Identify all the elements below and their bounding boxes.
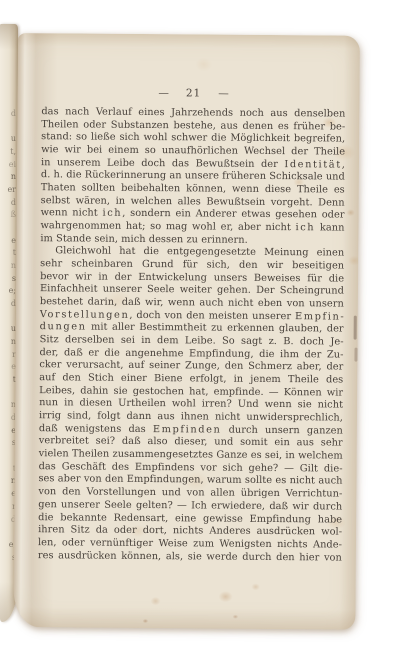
- emphasized-word: Identität: [284, 159, 342, 170]
- text-segment: nun in diesen Urtheilen wohl irren? Und …: [39, 398, 343, 411]
- text-segment: stand: so ließe sich wohl schwer die Mög…: [41, 132, 345, 145]
- text-segment: wie wir bei einem so unaufhörlichen Wech…: [41, 144, 345, 157]
- text-segment: auf den Stich einer Biene erfolgt, in je…: [39, 372, 343, 385]
- text-segment: Thaten sollten beibehalten können, wenn …: [41, 182, 345, 195]
- emphasized-word: Empfinden: [153, 424, 222, 436]
- facing-text-fragment: u: [0, 133, 18, 146]
- text-segment: , sondern ein Anderer etwas gesehen oder: [122, 208, 344, 221]
- page-edge-mark: [354, 348, 357, 362]
- text-segment: -: [340, 311, 343, 322]
- header-right-dash: —: [218, 88, 229, 100]
- text-segment: d. h. die Rückerinnerung an unsere frühe…: [41, 170, 345, 183]
- text-segment: der, daß er die angenehme Empfindung, di…: [39, 347, 343, 360]
- text-segment: Gleichwohl hat die entgegengesetzte Mein…: [55, 246, 344, 259]
- facing-text-fragment: d: [0, 197, 18, 210]
- text-block: das nach Verlauf eines Jahrzehends noch …: [38, 106, 346, 565]
- text-segment: len, oder vernünftiger Weise zum Wenigst…: [38, 537, 342, 550]
- text-segment: in unserem Leibe doch das Bewußtsein der: [41, 157, 284, 170]
- facing-text-fragment: e: [0, 235, 18, 248]
- text-segment: bestehet darin, daß wir, wenn auch nicht…: [40, 296, 344, 309]
- text-segment: ses aber von den Empfindungen, warum sol…: [38, 474, 342, 487]
- text-segment: Einfachheit unserer Seele weiter gehen. …: [40, 284, 344, 297]
- emphasized-word: dungen: [40, 322, 87, 333]
- text-line: res ausdrücken können, als, sie werde du…: [38, 550, 342, 565]
- text-segment: kann: [315, 222, 344, 233]
- emphasized-word: Vorstellungen: [40, 309, 130, 321]
- text-segment: vielen Theilen zusammengesetztes Ganze e…: [39, 448, 343, 461]
- text-segment: mit aller Bestimmtheit zu erkennen glaub…: [87, 322, 344, 335]
- text-segment: wahrgenommen hat; so mag wohl er, aber n…: [40, 220, 295, 233]
- emphasized-word: ich: [102, 208, 122, 219]
- text-segment: von den Vorstellungen und von allen übri…: [38, 486, 342, 499]
- text-segment: das Geschäft des Empfindens vor sich geh…: [39, 461, 343, 474]
- facing-text-fragment: d: [0, 108, 18, 121]
- facing-text-fragment: n: [0, 171, 18, 184]
- text-segment: , doch von den meisten unserer: [129, 310, 295, 322]
- page-header: —21—: [41, 86, 345, 100]
- text-segment: Leibes, dahin sie gestochen hat, empfind…: [39, 385, 343, 398]
- facing-text-fragment: ß: [0, 209, 18, 222]
- text-segment: res ausdrücken können, als, sie werde du…: [38, 550, 342, 563]
- facing-text-fragment: t,: [0, 146, 18, 159]
- text-segment: Sitz derselben sei in dem Leibe. So sagt…: [40, 334, 344, 347]
- facing-text-fragment: er: [0, 184, 18, 197]
- book-page: —21— das nach Verlauf eines Jahrzehends …: [13, 33, 360, 630]
- text-segment: irrig sind, folgt dann aus ihnen nicht u…: [39, 410, 343, 423]
- header-left-dash: —: [158, 87, 169, 99]
- text-segment: Theilen oder Substanzen bestehe, aus den…: [41, 119, 345, 132]
- text-segment: ihren Sitz da oder dort, nichts Anderes …: [38, 524, 342, 537]
- text-segment: die bekannte Redensart, eine gewisse Emp…: [38, 512, 342, 525]
- emphasized-word: Empfin: [295, 311, 340, 322]
- text-segment: das nach Verlauf eines Jahrzehends noch …: [41, 106, 345, 119]
- page-number: 21: [186, 87, 201, 99]
- facing-text-fragment: [0, 222, 18, 235]
- text-segment: wenn nicht: [41, 208, 103, 219]
- emphasized-word: ich: [295, 222, 315, 233]
- text-segment: cker verursacht, auf seiner Zunge, den S…: [39, 360, 343, 373]
- facing-text-fragment: [0, 121, 18, 134]
- text-segment: im Stande sein, mich dessen zu erinnern.: [40, 233, 248, 246]
- facing-text-fragment: ei: [0, 159, 18, 172]
- page-edge-mark: [354, 316, 357, 340]
- text-segment: ,: [342, 159, 345, 170]
- text-segment: daß wenigstens das: [39, 423, 153, 435]
- text-segment: gen unserer Seele gelten? — Ich erwieder…: [38, 499, 342, 512]
- text-segment: verbreitet sei? daß also dieser, und som…: [39, 436, 343, 449]
- book-photo: dut,einerdßetnse;dunretndestnerde,s —21—…: [0, 0, 400, 669]
- text-segment: bevor wir in der Entwickelung unsers Bew…: [40, 271, 344, 284]
- text-segment: selbst wären, in welchen alles Bewußtsei…: [41, 195, 345, 208]
